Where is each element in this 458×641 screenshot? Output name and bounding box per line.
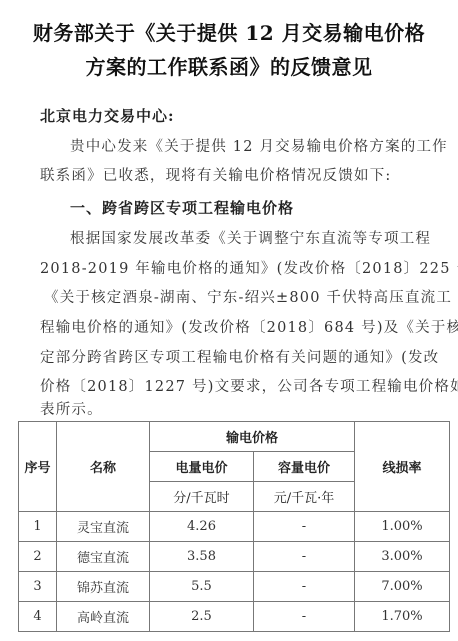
header-energy-unit: 分/千瓦时: [150, 482, 254, 512]
cell-seq: 3: [19, 572, 57, 602]
cell-name: 德宝直流: [57, 542, 150, 572]
cell-name: 灵宝直流: [57, 512, 150, 542]
paragraph1-line2: 联系函》已收悉，现将有关输电价格情况反馈如下:: [40, 164, 430, 185]
cell-energy-price: 5.5: [150, 572, 254, 602]
section-heading: 一、跨省跨区专项工程输电价格: [70, 197, 294, 218]
cell-loss-rate: 1.70%: [355, 602, 450, 632]
paragraph2-line5: 定部分跨省跨区专项工程输电价格有关问题的通知》(发改: [40, 346, 430, 367]
header-capacity-price: 容量电价: [254, 452, 355, 482]
table-row: 2 德宝直流 3.58 - 3.00%: [19, 542, 450, 572]
table-row: 4 高岭直流 2.5 - 1.70%: [19, 602, 450, 632]
cell-seq: 1: [19, 512, 57, 542]
paragraph2-line3: 《关于核定酒泉-湖南、宁东-绍兴±800 千伏特高压直流工: [44, 286, 434, 307]
cell-seq: 2: [19, 542, 57, 572]
cell-loss-rate: 7.00%: [355, 572, 450, 602]
cell-capacity-price: -: [254, 602, 355, 632]
cell-energy-price: 4.26: [150, 512, 254, 542]
addressee: 北京电力交易中心:: [40, 105, 175, 126]
cell-loss-rate: 1.00%: [355, 512, 450, 542]
cell-capacity-price: -: [254, 542, 355, 572]
header-energy-price: 电量电价: [150, 452, 254, 482]
header-price-group: 输电价格: [150, 422, 355, 452]
header-capacity-unit: 元/千瓦·年: [254, 482, 355, 512]
header-name: 名称: [57, 422, 150, 512]
header-loss-rate: 线损率: [355, 422, 450, 512]
paragraph2-line7: 表所示。: [40, 398, 430, 419]
table-row: 1 灵宝直流 4.26 - 1.00%: [19, 512, 450, 542]
paragraph2-line2: 2018-2019 年输电价格的通知》(发改价格〔2018〕225 号)、: [40, 257, 430, 278]
cell-seq: 4: [19, 602, 57, 632]
header-seq: 序号: [19, 422, 57, 512]
table-row: 3 锦苏直流 5.5 - 7.00%: [19, 572, 450, 602]
paragraph2-line6: 价格〔2018〕1227 号)文要求，公司各专项工程输电价格如: [40, 375, 430, 396]
title-line-2: 方案的工作联系函》的反馈意见: [0, 51, 458, 80]
cell-energy-price: 3.58: [150, 542, 254, 572]
cell-energy-price: 2.5: [150, 602, 254, 632]
cell-loss-rate: 3.00%: [355, 542, 450, 572]
transmission-price-table: 序号 名称 输电价格 线损率 电量电价 容量电价 分/千瓦时 元/千瓦·年 1 …: [18, 421, 450, 632]
title-line-1: 财务部关于《关于提供 12 月交易输电价格: [0, 17, 458, 46]
cell-name: 锦苏直流: [57, 572, 150, 602]
cell-capacity-price: -: [254, 572, 355, 602]
cell-name: 高岭直流: [57, 602, 150, 632]
paragraph2-line1: 根据国家发展改革委《关于调整宁东直流等专项工程: [70, 227, 458, 248]
cell-capacity-price: -: [254, 512, 355, 542]
paragraph1-line1: 贵中心发来《关于提供 12 月交易输电价格方案的工作: [70, 135, 458, 156]
paragraph2-line4: 程输电价格的通知》(发改价格〔2018〕684 号)及《关于核: [40, 316, 430, 337]
